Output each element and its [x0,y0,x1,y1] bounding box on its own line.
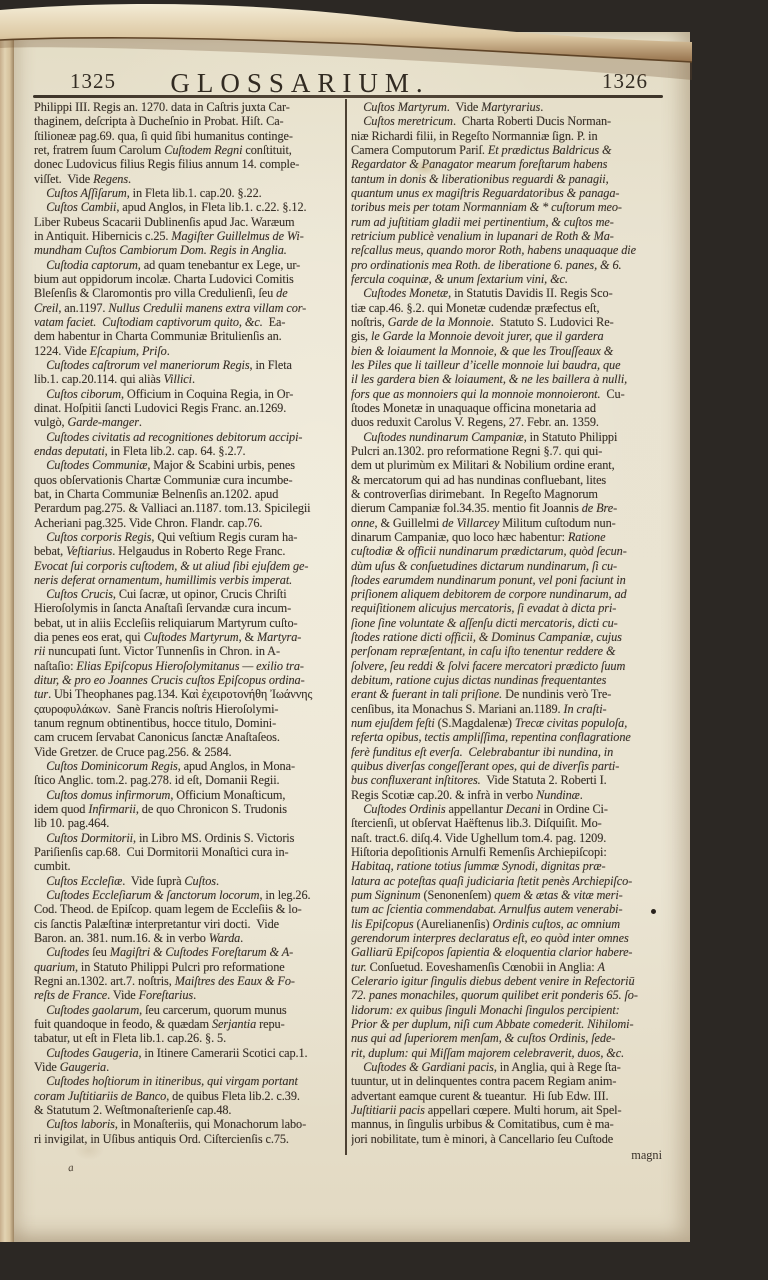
text-line: Cuſtos Dominicorum Regis, apud Anglos, i… [34,759,348,773]
text-line: bien & loiaument la Monnoie, & que les T… [351,344,665,358]
text-line: donec Ludovicus filius Regis filius annu… [34,157,348,171]
text-line: & controverſias dirimebant. In Regeſto M… [351,487,665,501]
text-line: Cuſtos Crucis, Cui ſacræ, ut opinor, Cru… [34,587,348,601]
text-line: reſts de France. Vide Foreſtarius. [34,988,348,1002]
text-line: endas deputati, in Fleta lib.2. cap. 64.… [34,444,348,458]
text-line: Cuſtodes Monetæ, in Statutis Davidis II.… [351,286,665,300]
text-line: tiæ cap.46. §.2. qui Monetæ cudendæ præf… [351,301,665,315]
text-line: rum ad juſtitiam gladii mei pertinentium… [351,215,665,229]
text-line: Celerario igitur ſingulis diebus debent … [351,974,665,988]
text-line: rii nuncupati ſunt. Victor Tunnenſis in … [34,644,348,658]
text-line: dia penes eos erat, qui Cuſtodes Martyru… [34,630,348,644]
text-line: viſſet. Vide Regens. [34,172,348,186]
text-line: pro ordinationis mea Roth. de liberation… [351,258,665,272]
text-line: bebat, Veſtiarius. Helgaudus in Roberto … [34,544,348,558]
text-line: bat, in Charta Communiæ Belnenſis an.120… [34,487,348,501]
text-line: tur. Ubi Theophanes pag.134. Καὶ ἐχειροτ… [34,687,348,701]
text-line: ſtodes Monetæ in unaquaque officina mone… [351,401,665,415]
text-line: Regardator & Panagator mearum foreſtarum… [351,157,665,171]
text-line: cis ſanctis Palæſtinæ interpretantur vir… [34,917,348,931]
text-line: cumbit. [34,859,348,873]
text-line: Regni an.1302. art.7. noſtris, Maiſtres … [34,974,348,988]
text-line: & Statutum 2. Weſtmonaſterienſe cap.48. [34,1103,348,1117]
text-line: neris deferat ornamentum, humillimis ver… [34,573,348,587]
text-line: Prior & per duplum, niſi cum Abbate come… [351,1017,665,1031]
text-line: reſcallus meus, quando moror Roth, haben… [351,243,665,257]
page-top-curl [0,0,768,110]
column-divider-rule [345,99,347,1155]
catchword: magni [631,1148,662,1163]
text-line: Cuſtos Aſſiſarum, in Fleta lib.1. cap.20… [34,186,348,200]
text-line: lidorum: ex quibus ſinguli Monachi ſingu… [351,1003,665,1017]
text-line: mannus, in ſingulis urbibus & Comitatibu… [351,1117,665,1131]
book-page: 1325 GLOSSARIUM. 1326 Philippi III. Regi… [14,32,690,1242]
text-line: noſtris, Garde de la Monnoie. Statuto S.… [351,315,665,329]
text-line: naſt. tract.6. diſq.4. Vide Ughellum tom… [351,831,665,845]
text-line: Cuſtodia captorum, ad quam tenebantur ex… [34,258,348,272]
page-stain [412,160,438,176]
text-line: ςαυροφυλάκων. Sanè Francis noſtris Hiero… [34,702,348,716]
text-line: Camera Computorum Pariſ. Et prædictus Ba… [351,143,665,157]
text-line: Juſtitiarii pacis appellari cœpere. Mult… [351,1103,665,1117]
text-line: 72. panes monachiles, quorum quilibet er… [351,988,665,1002]
ink-spot [651,909,656,914]
text-line: Acheriani pag.325. Vide Chron. Flandr. c… [34,516,348,530]
text-line: tuuntur, ut in delinquentes contra pacem… [351,1074,665,1088]
text-line: toribus meis per totam Normanniam & * cu… [351,200,665,214]
text-line: naſtaſio: Elias Epiſcopus Hieroſolymitan… [34,659,348,673]
text-line: Habitaq, ratione totius ſummæ Synodi, di… [351,859,665,873]
text-line: Vide Gretzer. de Cruce pag.256. & 2584. [34,745,348,759]
text-line: latura ac poteſtas quaſi judiciaria ſtet… [351,874,665,888]
text-line: idem quod Infirmarii, de quo Chronicon S… [34,802,348,816]
text-line: fuit quandoque in feodo, & quædam Serjan… [34,1017,348,1031]
text-line: Cuſtos Cambii, apud Anglos, in Fleta lib… [34,200,348,214]
text-line: vulgò, Garde-manger. [34,415,348,429]
text-line: vatam faciet. Cuſtodiam captivorum quito… [34,315,348,329]
text-line: nus qui ad ſuperiorem menſam, & cuſtos O… [351,1031,665,1045]
text-line: Perardum pag.275. & Valliaci an.1187. to… [34,501,348,515]
text-line: duos reduxit Carolus V. Regens, 27. Febr… [351,415,665,429]
text-line: dem ut plurimùm ex Militari & Nobilium o… [351,458,665,472]
text-line: fercula coquinæ, & unum ſextarium vini, … [351,272,665,286]
text-line: & mercatorum qui ad has nundinas conflue… [351,473,665,487]
text-line: Cuſtodes hoſtiorum in itineribus, qui vi… [34,1074,348,1088]
text-line: cam crucem ſervabat Canonicus ſanctæ Ana… [34,730,348,744]
text-line: in Antiquit. Hibernicis c.25. Magiſter G… [34,229,348,243]
text-line: il les gardera bien & loiaument, & ne le… [351,372,665,386]
text-line: Evocat ſui corporis cuſtodem, & ut aliud… [34,559,348,573]
text-line: Cuſtodes & Gardiani pacis, in Anglia, qu… [351,1060,665,1074]
text-line: gis, le Garde la Monnoie devoit jurer, q… [351,329,665,343]
text-line: tantum in donis & liberationibus reguard… [351,172,665,186]
text-line: Cuſtos laboris, in Monaſteriis, qui Mona… [34,1117,348,1131]
text-line: Vide Gaugeria. [34,1060,348,1074]
book-page-left-edges [0,36,14,1242]
text-line: Cuſtos Eccleſiæ. Vide ſuprà Cuſtos. [34,874,348,888]
text-line: gerendorum interpres declaratus eſt, eo … [351,931,665,945]
text-line: lib.1. cap.20.114. qui aliàs Villici. [34,372,348,386]
text-line: mundham Cuſtos Cambiorum Dom. Regis in A… [34,243,348,257]
text-line: ſtercienſi, ut obſervat Haëftenus lib.3.… [351,816,665,830]
text-line: Cuſtodes Gaugeria, in Itinere Camerarii … [34,1046,348,1060]
text-line: quarium, in Statuto Philippi Pulcri pro … [34,960,348,974]
text-line: Galliarū Epiſcopos ſapientia & eloquenti… [351,945,665,959]
text-line: retricium publicè venalium in lupanari d… [351,229,665,243]
text-line: Bleſenſis & Claromontis pro villa Credul… [34,286,348,300]
page-stain [74,1140,104,1160]
text-line: Pulcri an.1302. pro reformatione Regni §… [351,444,665,458]
text-line: Cuſtodes ſeu Magiſtri & Cuſtodes Foreſta… [34,945,348,959]
text-line: bium aut oppidorum incolæ. Charta Ludovi… [34,272,348,286]
text-line: Baron. an. 381. num.16. & in verbo Warda… [34,931,348,945]
text-line: bebat, ut in aliis Eccleſiis reliquiarum… [34,616,348,630]
text-line: Cuſtodes civitatis ad recognitiones debi… [34,430,348,444]
text-line: pum Signinum (Senonenſem) quem & ætas & … [351,888,665,902]
text-line: Cuſtodes gaolarum, ſeu carcerum, quorum … [34,1003,348,1017]
text-line: ſtilioneæ pag.69. qua, ſi quid ſibi huma… [34,129,348,143]
text-line: advertant eamque curent & tueantur. Hi ſ… [351,1089,665,1103]
text-line: tabatur, ut eſt in Fleta lib.1. cap.26. … [34,1031,348,1045]
left-text-column: Philippi III. Regis an. 1270. data in Ca… [34,100,348,1152]
text-line: 1224. Vide Eſcapium, Priſo. [34,344,348,358]
text-line: Cuſtodes Eccleſiarum & ſanctorum locorum… [34,888,348,902]
text-line: lib 10. pag.464. [34,816,348,830]
text-line: dinat. Hoſpitii ſancti Ludovici Regis Fr… [34,401,348,415]
text-line: les Piles que li tailleur d’icelle monno… [351,358,665,372]
text-line: Cuſtodes nundinarum Campaniæ, in Statuto… [351,430,665,444]
text-line: coram Juſtitiariis de Banco, de quibus F… [34,1089,348,1103]
text-line: niæ Richardi filii, in Regeſto Normanniæ… [351,129,665,143]
text-line: Cuſtodes Ordinis appellantur Decani in O… [351,802,665,816]
text-line: tur. Conſuetud. Eoveshamenſis Cœnobii in… [351,960,665,974]
text-line: Liber Rubeus Scacarii Dublinenſis apud J… [34,215,348,229]
text-line: lis Epiſcopus (Aurelianenſis) Ordinis cu… [351,917,665,931]
text-line: ſtico Anglic. tom.2. pag.278. id eſt, Do… [34,773,348,787]
text-line: Cuſtos Dormitorii, in Libro MS. Ordinis … [34,831,348,845]
text-line: jori nobilitate, tum è minori, à Cancell… [351,1132,665,1146]
text-line: Pariſienſis cap.68. Cui Dormitorii Monaſ… [34,845,348,859]
text-line: Cuſtodes Communiæ, Major & Scabini urbis… [34,458,348,472]
text-line: tanum regnum obtinentibus, hocce titulo,… [34,716,348,730]
text-line: dem habentur in Charta Communiæ Britulie… [34,329,348,343]
page-stain [394,512,594,792]
text-line: Cuſtos ciborum, Officium in Coquina Regi… [34,387,348,401]
text-line: Cuſtodes caſtrorum vel maneriorum Regis,… [34,358,348,372]
text-line: ret, fratrem ſuum Carolum Cuſtodem Regni… [34,143,348,157]
text-line: rit, duplum: qui Miſſam majorem celebrav… [351,1046,665,1060]
text-line: Cuſtos corporis Regis, Qui veſtium Regis… [34,530,348,544]
text-line: Hieroſolymis in ſancta Anaſtaſi ſervandæ… [34,601,348,615]
text-line: Cuſtos domus infirmorum, Officium Monaſt… [34,788,348,802]
text-line: tum ac ſcientia commendabat. Arnulfus au… [351,902,665,916]
text-line: fors que as monnoiers qui la monnoie mon… [351,387,665,401]
text-line: Cod. Theod. de Epiſcop. quam legem de Ec… [34,902,348,916]
photographed-book-page: { "page_header": { "left_page_number": "… [0,0,768,1280]
text-line: ditur, & pro eo Joannes Crucis cuſtos Ep… [34,673,348,687]
text-line: Hiſtoria depoſitionis Arnulfi Remenſis A… [351,845,665,859]
text-line: quantum unus ex magiſtris Reguardatoribu… [351,186,665,200]
text-line: quos obſervationis Chartæ Communiæ cura … [34,473,348,487]
text-line: thaginem, deſcripta à Ducheſnio in Proba… [34,114,348,128]
text-line: Cuſtos meretricum. Charta Roberti Ducis … [351,114,665,128]
text-line: Creil, an.1197. Nullus Credulii manens e… [34,301,348,315]
signature-mark: a [67,1162,74,1175]
